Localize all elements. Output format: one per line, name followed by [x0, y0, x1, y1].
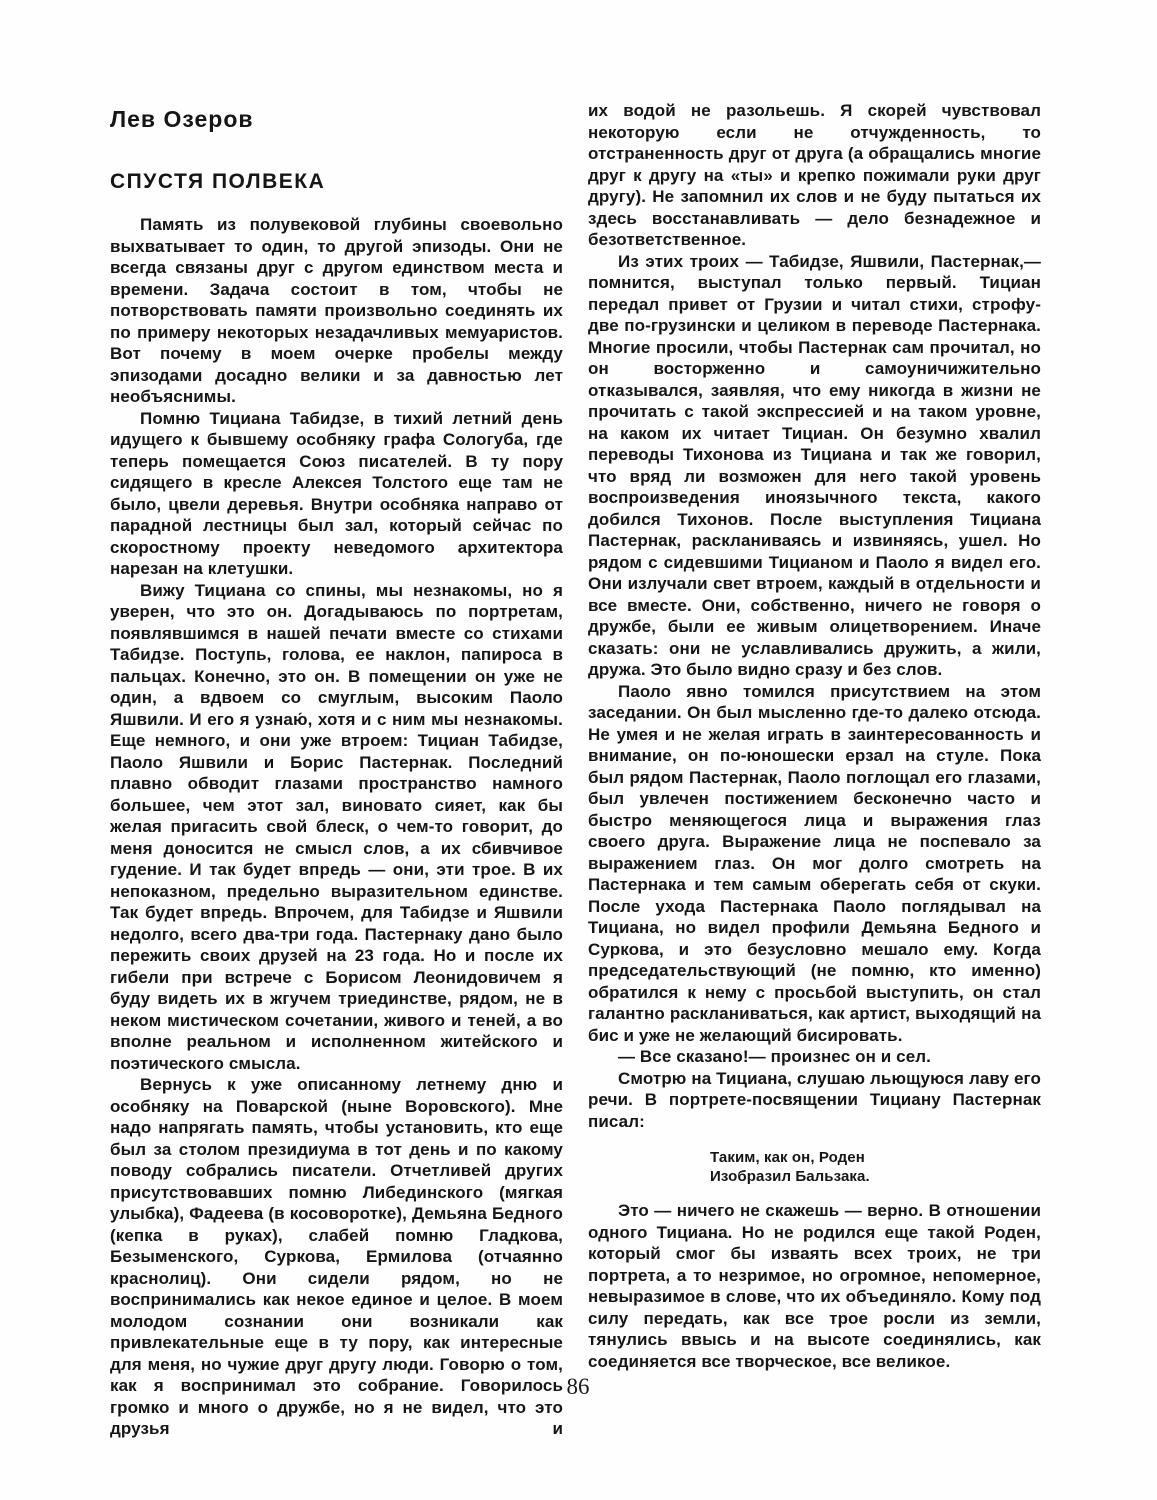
verse-quote: Таким, как он, Роден Изобразил Бальзака. [710, 1148, 1041, 1186]
two-column-text: Лев Озеров СПУСТЯ ПОЛВЕКА Память из полу… [0, 0, 1157, 1440]
paragraph: Смотрю на Тициана, слушаю льющуюся лаву … [588, 1068, 1041, 1133]
paragraph: Вижу Тициана со спины, мы незнакомы, но … [110, 580, 563, 1075]
paragraph: Из этих троих — Табидзе, Яшвили, Пастерн… [588, 251, 1041, 681]
paragraph-continuation: их водой не разольешь. Я скорей чувствов… [588, 100, 1041, 251]
verse-line: Таким, как он, Роден [710, 1148, 1041, 1167]
author-name: Лев Озеров [110, 106, 563, 132]
paragraph: Помню Тициана Табидзе, в тихий летний де… [110, 408, 563, 580]
left-column: Лев Озеров СПУСТЯ ПОЛВЕКА Память из полу… [110, 100, 563, 1440]
paragraph: Это — ничего не скажешь — верно. В отнош… [588, 1200, 1041, 1372]
dialogue-line: — Все сказано!— произнес он и сел. [588, 1046, 1041, 1068]
right-column: их водой не разольешь. Я скорей чувствов… [588, 100, 1041, 1440]
verse-line: Изобразил Бальзака. [710, 1167, 1041, 1186]
paragraph: Паоло явно томился присутствием на этом … [588, 681, 1041, 1047]
paragraph: Память из полувековой глубины своевольно… [110, 214, 563, 408]
essay-title: СПУСТЯ ПОЛВЕКА [110, 170, 563, 194]
page-number: 86 [488, 1374, 668, 1400]
book-page: Лев Озеров СПУСТЯ ПОЛВЕКА Память из полу… [0, 0, 1157, 1500]
